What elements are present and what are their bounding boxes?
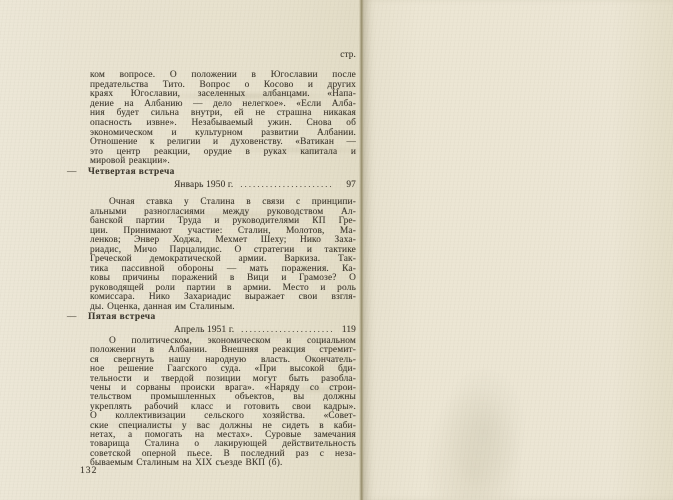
page-column-header: стр. <box>90 49 356 59</box>
continued-paragraph: ком вопросе. О положении в Югославии пос… <box>90 71 356 167</box>
meeting-date: Апрель 1951 г. <box>174 325 234 336</box>
toc-date-line-fifth-meeting: Апрель 1951 г. .........................… <box>90 324 356 335</box>
toc-date-line-fourth-meeting: Январь 1950 г. .........................… <box>90 179 356 190</box>
heading-dash: — <box>67 312 88 323</box>
text-line: ды. Оценка, данная им Сталиным. <box>90 303 356 313</box>
section-summary-fourth-meeting: Очная ставка у Сталина в связи с принцип… <box>90 198 356 312</box>
folio-page-number: 132 <box>80 466 97 476</box>
section-heading-fifth-meeting: — Пятая встреча <box>67 312 357 323</box>
book-scan: стр. ком вопросе. О положении в Югослави… <box>0 0 673 500</box>
page-reference: 97 <box>338 180 356 191</box>
leader-dots: ........................................… <box>240 179 333 190</box>
heading-dash: — <box>67 167 88 178</box>
right-blank-page <box>364 0 673 500</box>
meeting-date: Январь 1950 г. <box>174 180 233 191</box>
text-line: мировой реакции». <box>90 157 356 167</box>
page-reference: 119 <box>338 325 356 336</box>
section-heading-fourth-meeting: — Четвертая встреча <box>67 167 357 178</box>
text-line: бываемым Сталиным на XIX съезде ВКП (б). <box>90 459 356 468</box>
section-summary-fifth-meeting: О политическом, экономическом и социальн… <box>90 337 356 469</box>
leader-dots: ........................................… <box>241 324 333 335</box>
section-heading-label: Пятая встреча <box>88 312 156 323</box>
section-heading-label: Четвертая встреча <box>88 167 175 178</box>
